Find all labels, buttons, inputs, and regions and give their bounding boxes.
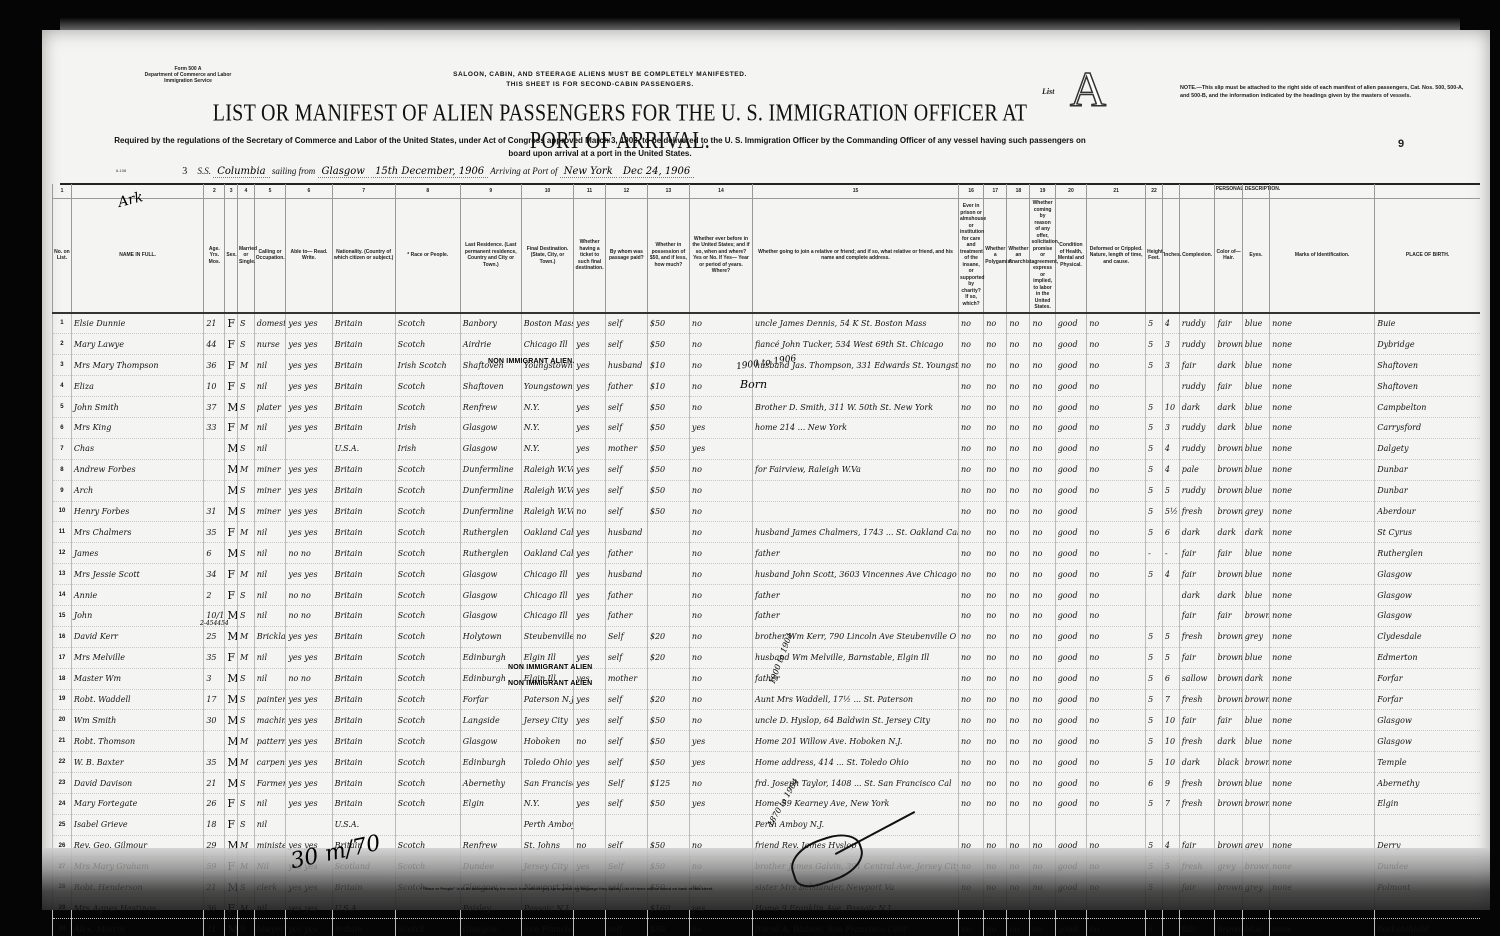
column-header: Married or Single. (237, 199, 254, 313)
table-row: 1Elsie Dunnie21FSdomesticyes yesBritainS… (53, 313, 1481, 334)
cell-nat: Britain (332, 564, 395, 585)
cell-money: $20 (647, 626, 689, 647)
cell-health: good (1055, 793, 1087, 814)
cell-marks: none (1270, 501, 1375, 522)
cell-name: Mrs Jessie Scott (71, 564, 203, 585)
table-row: 9ArchMSmineryes yesBritainScotchDunferml… (53, 480, 1481, 501)
cell-prev: no (689, 668, 752, 689)
cell-no: 12 (53, 543, 72, 564)
cell-sex: F (225, 585, 238, 606)
cell-q19: no (1007, 334, 1030, 355)
cell-join: uncle D. Hyslop, 64 Baldwin St. Jersey C… (752, 710, 958, 731)
cell-sex: M (225, 438, 238, 459)
cell-ms: S (237, 334, 254, 355)
cell-tkt: no (574, 731, 606, 752)
cell-tkt: yes (574, 793, 606, 814)
cell-q19: no (1007, 605, 1030, 626)
cell-q17: no (959, 417, 984, 438)
cell-rw: no no (286, 605, 332, 626)
cell-occ: nil (254, 438, 286, 459)
cell-comp: fresh (1179, 501, 1215, 522)
cell-ft: 6 (1146, 773, 1163, 794)
column-header: Sex. (225, 199, 238, 313)
cell-birth: Glasgow (1375, 585, 1480, 606)
cell-tkt: yes (574, 773, 606, 794)
cell-name: Elsie Dunnie (71, 313, 203, 334)
cell-ft (1146, 814, 1163, 835)
cell-name: Andrew Forbes (71, 459, 203, 480)
cell-ft: 5 (1146, 668, 1163, 689)
cell-tkt: yes (574, 355, 606, 376)
cell-marks: none (1270, 626, 1375, 647)
cell-q20: no (1030, 480, 1055, 501)
table-row: 11Mrs Chalmers35FMnilyes yesBritainScotc… (53, 522, 1481, 543)
cell-no: 19 (53, 689, 72, 710)
cell-def: no (1087, 773, 1146, 794)
cell-name: Eliza (71, 376, 203, 397)
cell-ms: M (237, 355, 254, 376)
page-fold-shadow (42, 848, 1490, 910)
cell-no: 22 (53, 752, 72, 773)
cell-sex: F (225, 355, 238, 376)
cell-occ: carpenter (254, 752, 286, 773)
cell-age: 35 (204, 752, 225, 773)
cell-join: husband John Scott, 3603 Vincennes Ave C… (752, 564, 958, 585)
cell-q17 (959, 814, 984, 835)
cell-in: 7 (1162, 793, 1179, 814)
cell-hair: fair (1215, 313, 1242, 334)
cell-eyes: brown (1242, 689, 1269, 710)
table-row: 13Mrs Jessie Scott34FMnilyes yesBritainS… (53, 564, 1481, 585)
cell-eyes: blue (1242, 355, 1269, 376)
cell-age: 33 (204, 417, 225, 438)
cell-eyes: grey (1242, 501, 1269, 522)
cell-name: Chas (71, 438, 203, 459)
cell-nat: Britain (332, 689, 395, 710)
column-number (1270, 184, 1375, 199)
cell-hair: brown (1215, 459, 1242, 480)
cell-q20 (1030, 814, 1055, 835)
cell-birth: Glasgow (1375, 731, 1480, 752)
cell-birth: Dunbar (1375, 480, 1480, 501)
cell-eyes: blue (1242, 710, 1269, 731)
cell-dest: N.Y. (521, 438, 574, 459)
non-immigrant-stamp: NON IMMIGRANT ALIEN (508, 680, 592, 687)
cell-money: $50 (647, 919, 689, 936)
cell-comp: pale (1179, 459, 1215, 480)
cell-def: no (1087, 313, 1146, 334)
cell-q17: no (959, 793, 984, 814)
cell-rw: yes yes (286, 334, 332, 355)
cell-marks: none (1270, 417, 1375, 438)
cell-name: James (71, 543, 203, 564)
cell-q20: no (1030, 564, 1055, 585)
cell-q20: no (1030, 919, 1055, 936)
cell-q17: no (959, 605, 984, 626)
cell-money: $10 (647, 355, 689, 376)
cell-rw: no no (286, 585, 332, 606)
cell-race: Scotch (395, 522, 460, 543)
cell-res: Glasgow (460, 605, 521, 626)
cell-name: Wm Smith (71, 710, 203, 731)
cell-dest: Raleigh W.Va (521, 501, 574, 522)
cell-sex: M (225, 919, 238, 936)
cell-comp: ruddy (1179, 334, 1215, 355)
sail-date: 15th December, 1906 (371, 166, 488, 178)
cell-q20: no (1030, 710, 1055, 731)
cell-hair: brown (1215, 647, 1242, 668)
cell-paid: self (605, 647, 647, 668)
cell-health: good (1055, 313, 1087, 334)
cell-marks: none (1270, 773, 1375, 794)
column-header: Condition of Health, Mental and Physical… (1055, 199, 1087, 313)
cell-ms: S (237, 814, 254, 835)
cell-health: good (1055, 605, 1087, 626)
cell-def: no (1087, 668, 1146, 689)
cell-q18: no (984, 501, 1007, 522)
cell-race: Scotch (395, 668, 460, 689)
cell-paid: husband (605, 355, 647, 376)
cell-q18: no (984, 438, 1007, 459)
manifest-notice: SALOON, CABIN, AND STEERAGE ALIENS MUST … (350, 70, 850, 90)
cell-race: Scotch (395, 626, 460, 647)
column-number: 14 (689, 184, 752, 199)
cell-join (752, 480, 958, 501)
cell-def (1087, 814, 1146, 835)
cell-q18: no (984, 773, 1007, 794)
cell-no: 16 (53, 626, 72, 647)
column-header: Nationality. (Country of which citizen o… (332, 199, 395, 313)
cell-hair: brown (1215, 480, 1242, 501)
column-number: 12 (605, 184, 647, 199)
cell-no: 6 (53, 417, 72, 438)
cell-nat: Britain (332, 647, 395, 668)
cell-ms: M (237, 522, 254, 543)
cell-res: Rutherglen (460, 543, 521, 564)
cell-q20: no (1030, 501, 1055, 522)
cell-occ: nil (254, 814, 286, 835)
cell-comp: fair (1179, 355, 1215, 376)
cell-nat: Britain (332, 334, 395, 355)
cell-in: 5 (1162, 626, 1179, 647)
column-number (1179, 184, 1215, 199)
cell-res: Glasgow (460, 919, 521, 936)
cell-money: $50 (647, 731, 689, 752)
column-number: 3 (225, 184, 238, 199)
cell-join: Home 201 Willow Ave. Hoboken N.J. (752, 731, 958, 752)
cell-rw: yes yes (286, 773, 332, 794)
cell-q17: no (959, 773, 984, 794)
cell-def: no (1087, 710, 1146, 731)
cell-paid: father (605, 376, 647, 397)
cell-prev: yes (689, 417, 752, 438)
cell-q17: no (959, 334, 984, 355)
cell-ft: 5 (1146, 334, 1163, 355)
cell-race: Scotch (395, 459, 460, 480)
cell-comp: fair (1179, 564, 1215, 585)
cell-q17: no (959, 438, 984, 459)
column-number: 7 (332, 184, 395, 199)
cell-health: good (1055, 689, 1087, 710)
column-number: 15 (752, 184, 958, 199)
cell-race: Scotch (395, 501, 460, 522)
cell-q17: no (959, 522, 984, 543)
cell-eyes: blue (1242, 417, 1269, 438)
cell-race: Scotch (395, 919, 460, 936)
cell-nat: U.S.A. (332, 814, 395, 835)
cell-ft: 5 (1146, 564, 1163, 585)
cell-occ: nurse (254, 334, 286, 355)
cell-q17: no (959, 585, 984, 606)
cell-paid: father (605, 585, 647, 606)
cell-ft: 5 (1146, 480, 1163, 501)
cell-nat: Britain (332, 793, 395, 814)
cell-q18: no (984, 647, 1007, 668)
cell-occ: nil (254, 417, 286, 438)
cell-tkt: yes (574, 376, 606, 397)
cell-q20: no (1030, 334, 1055, 355)
cell-ft: 5 (1146, 501, 1163, 522)
cell-age: 26 (204, 793, 225, 814)
cell-eyes: brown (1242, 793, 1269, 814)
cell-q20: no (1030, 752, 1055, 773)
cell-tkt (574, 919, 606, 936)
cell-comp: fresh (1179, 773, 1215, 794)
cell-q20: no (1030, 376, 1055, 397)
cell-name: W. B. Baxter (71, 752, 203, 773)
cell-join: fiancé John Tucker, 534 West 69th St. Ch… (752, 334, 958, 355)
cell-rw: yes yes (286, 919, 332, 936)
cell-race: Scotch (395, 480, 460, 501)
cell-ft: 5 (1146, 417, 1163, 438)
cell-health: good (1055, 626, 1087, 647)
cell-sex: M (225, 459, 238, 480)
cell-dest: Oakland Cal (521, 543, 574, 564)
cell-age: 21 (204, 919, 225, 936)
cell-birth: Forfar (1375, 668, 1480, 689)
column-number: 1 (53, 184, 72, 199)
cell-q19: no (1007, 585, 1030, 606)
cell-paid: self (605, 689, 647, 710)
cell-q17: no (959, 710, 984, 731)
cell-dest: Toledo Ohio (521, 752, 574, 773)
cell-paid: father (605, 543, 647, 564)
cell-money: $20 (647, 689, 689, 710)
cell-sex: F (225, 334, 238, 355)
cell-health: good (1055, 355, 1087, 376)
cell-q17: no (959, 480, 984, 501)
cell-health: good (1055, 752, 1087, 773)
sheet-number: 3 (182, 166, 187, 177)
cell-birth: Glasgow (1375, 710, 1480, 731)
cell-q20: no (1030, 605, 1055, 626)
cell-def: no (1087, 543, 1146, 564)
cell-def: no (1087, 438, 1146, 459)
cell-q18: no (984, 710, 1007, 731)
cell-hair: fair (1215, 605, 1242, 626)
cell-age: 30 (204, 710, 225, 731)
cell-rw: yes yes (286, 564, 332, 585)
cell-eyes: dark (1242, 668, 1269, 689)
cell-dest: Steubenville (521, 626, 574, 647)
cell-health: good (1055, 334, 1087, 355)
cell-age: 21 (204, 773, 225, 794)
column-number: 17 (984, 184, 1007, 199)
cell-age (204, 731, 225, 752)
cell-res: Glasgow (460, 731, 521, 752)
cell-occ: miner (254, 480, 286, 501)
cell-prev: yes (689, 438, 752, 459)
column-header-row: No. on List.NAME IN FULL.Age. Yrs. Mos.S… (53, 199, 1481, 313)
cell-in: 4 (1162, 459, 1179, 480)
cell-sex: F (225, 522, 238, 543)
cell-sex: F (225, 814, 238, 835)
cell-nat: Britain (332, 605, 395, 626)
cell-q18: no (984, 731, 1007, 752)
cell-age: 35 (204, 522, 225, 543)
cell-q19 (1007, 814, 1030, 835)
cell-q17: no (959, 397, 984, 418)
cell-q20: no (1030, 313, 1055, 334)
table-row: 25Isabel Grieve18FSnilU.S.A.Perth AmboyP… (53, 814, 1481, 835)
cell-join (752, 501, 958, 522)
notice-line-2: THIS SHEET IS FOR SECOND-CABIN PASSENGER… (350, 80, 850, 90)
sailing-from-label: sailing from (272, 166, 315, 176)
cell-q17: no (959, 564, 984, 585)
cell-health: good (1055, 731, 1087, 752)
cell-res: Glasgow (460, 585, 521, 606)
cell-rw: yes yes (286, 355, 332, 376)
cell-ms: S (237, 793, 254, 814)
cell-money: $20 (647, 647, 689, 668)
cell-dest: Oakland Cal (521, 522, 574, 543)
cell-hair: fair (1215, 710, 1242, 731)
cell-birth: Glasgow (1375, 605, 1480, 626)
cell-health: good (1055, 773, 1087, 794)
cell-health: good (1055, 438, 1087, 459)
cell-q20: no (1030, 626, 1055, 647)
cell-ft: 5 (1146, 647, 1163, 668)
cell-prev: no (689, 313, 752, 334)
cell-hair: brown (1215, 793, 1242, 814)
column-number: 22 (1146, 184, 1163, 199)
cell-res: Holytown (460, 626, 521, 647)
cell-res: Glasgow (460, 564, 521, 585)
cell-marks: none (1270, 564, 1375, 585)
cell-race: Scotch (395, 564, 460, 585)
cell-marks (1270, 814, 1375, 835)
cell-def: no (1087, 605, 1146, 626)
cell-ms: M (237, 647, 254, 668)
cell-def: no (1087, 585, 1146, 606)
cell-tkt: yes (574, 480, 606, 501)
cell-paid: self (605, 752, 647, 773)
cell-comp: dark (1179, 522, 1215, 543)
cell-occ: miner (254, 459, 286, 480)
cell-comp: fresh (1179, 626, 1215, 647)
cell-def: no (1087, 752, 1146, 773)
regulation-text: Required by the regulations of the Secre… (110, 134, 1090, 160)
cell-birth: Dybridge (1375, 334, 1480, 355)
cell-race: Scotch (395, 731, 460, 752)
cell-tkt: yes (574, 334, 606, 355)
cell-prev: no (689, 543, 752, 564)
arrival-date: Dec 24, 1906 (619, 166, 694, 178)
column-header: Whether going to join a relative or frie… (752, 199, 958, 313)
cell-name: Mrs King (71, 417, 203, 438)
cell-paid: self (605, 919, 647, 936)
cell-nat: Britain (332, 397, 395, 418)
cell-money: $125 (647, 773, 689, 794)
cell-birth: Temple (1375, 752, 1480, 773)
cell-ft: 5 (1146, 752, 1163, 773)
cell-race: Scotch (395, 647, 460, 668)
cell-tkt: no (574, 626, 606, 647)
cell-in: - (1162, 543, 1179, 564)
cell-no: 7 (53, 438, 72, 459)
cell-race: Scotch (395, 605, 460, 626)
cell-q19: no (1007, 355, 1030, 376)
cell-def: no (1087, 647, 1146, 668)
cell-hair: brown (1215, 773, 1242, 794)
cell-ft: 5 (1146, 459, 1163, 480)
cell-q20: no (1030, 355, 1055, 376)
cell-q18: no (984, 480, 1007, 501)
cell-eyes: dark (1242, 522, 1269, 543)
column-number (1242, 184, 1269, 199)
cell-hair: dark (1215, 522, 1242, 543)
cell-in: 4 (1162, 313, 1179, 334)
cell-rw: yes yes (286, 501, 332, 522)
cell-health: good (1055, 585, 1087, 606)
cell-comp: dark (1179, 752, 1215, 773)
cell-prev: no (689, 773, 752, 794)
cell-eyes: blue (1242, 459, 1269, 480)
cell-res: Elgin (460, 793, 521, 814)
cell-health: good (1055, 647, 1087, 668)
cell-dest: Raleigh W.Va (521, 480, 574, 501)
cell-name: Mrs Mary Thompson (71, 355, 203, 376)
cell-marks: none (1270, 376, 1375, 397)
cell-occ: domestic (254, 313, 286, 334)
cell-sex: F (225, 313, 238, 334)
cell-ms: S (237, 585, 254, 606)
cell-ft: 5 (1146, 731, 1163, 752)
table-row: 6Mrs King33FMnilyes yesBritainIrishGlasg… (53, 417, 1481, 438)
cell-prev: yes (689, 731, 752, 752)
cell-rw: yes yes (286, 793, 332, 814)
arriving-label: Arriving at Port of (490, 166, 557, 176)
cell-def: no (1087, 731, 1146, 752)
cell-no: 23 (53, 773, 72, 794)
cell-sex: F (225, 376, 238, 397)
cell-money: $50 (647, 417, 689, 438)
cell-marks: none (1270, 731, 1375, 752)
column-header: Ever in prison or almshouse or instituti… (959, 199, 984, 313)
non-immigrant-stamp: NON IMMIGRANT ALIEN (508, 664, 592, 671)
cell-comp: sallow (1179, 668, 1215, 689)
cell-ft: 5 (1146, 793, 1163, 814)
cell-eyes: blue (1242, 480, 1269, 501)
cell-occ: lawyer (254, 919, 286, 936)
column-header: Height. Feet. (1146, 199, 1163, 313)
cell-comp: fair (1179, 647, 1215, 668)
cell-birth: Glasgow (1375, 564, 1480, 585)
cell-no: 17 (53, 647, 72, 668)
ship-prefix: S.S. (198, 166, 212, 176)
cell-dest: San Francisco (521, 773, 574, 794)
cell-nat: Britain (332, 501, 395, 522)
